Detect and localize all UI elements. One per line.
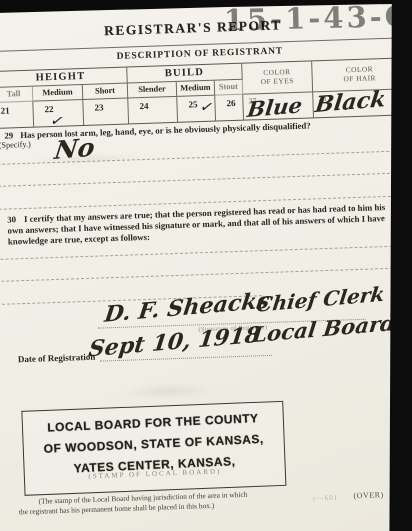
box-24-slender: 24 xyxy=(128,97,178,124)
box-27-eyes-value: 27 Blue xyxy=(243,92,314,119)
date-of-registration-label: Date of Registration xyxy=(18,352,96,365)
build-medium-checkmark: ✓ xyxy=(198,97,216,116)
certification-paragraph: 30I certify that my answers are true; th… xyxy=(7,202,400,249)
box-24-number: 24 xyxy=(139,101,148,111)
box-23-short: 23 xyxy=(83,98,129,124)
subheader-short: Short xyxy=(83,84,128,100)
registrar-report-card: REGISTRAR'S REPORT 15-1-43-C DESCRIPTION… xyxy=(0,0,412,531)
hair-color-handwriting: Black xyxy=(314,86,388,118)
box-26-stout: 26 xyxy=(215,95,244,121)
specify-label: (Specify.) xyxy=(0,140,31,150)
ruled-line xyxy=(1,245,412,260)
box-25-number: 25 xyxy=(188,99,197,109)
document-content: REGISTRAR'S REPORT 15-1-43-C DESCRIPTION… xyxy=(0,0,412,531)
height-medium-checkmark: ✓ xyxy=(48,111,66,130)
over-label: (OVER) xyxy=(353,490,383,500)
form-code: c—601 xyxy=(313,494,339,503)
box-21-number: 21 xyxy=(0,105,9,115)
box-25-medium: 25✓ xyxy=(177,96,216,122)
box-21-tall: 21 xyxy=(0,102,34,128)
certification-text: I certify that my answers are true; that… xyxy=(7,202,385,247)
question-29-number: 29 xyxy=(4,130,13,140)
subheader-stout: Stout xyxy=(215,80,243,96)
question-29-answer-handwriting: No xyxy=(53,133,97,165)
subheader-tall: Tall xyxy=(0,87,33,103)
local-board-handwriting: Local Board xyxy=(251,310,397,347)
registrar-title-handwriting: Chief Clerk xyxy=(255,282,386,317)
ruled-line xyxy=(0,172,410,187)
box-26-number: 26 xyxy=(226,98,235,108)
color-of-eyes-header-line2: OF EYES xyxy=(243,75,312,86)
certification-number: 30 xyxy=(7,214,16,224)
color-of-eyes-header: COLOR OF EYES xyxy=(242,61,313,94)
box-23-number: 23 xyxy=(94,102,103,112)
box-22-medium: 22✓ xyxy=(33,100,84,127)
eyes-color-handwriting: Blue xyxy=(246,92,304,122)
ruled-line xyxy=(1,267,412,282)
description-table: HEIGHT BUILD COLOR OF EYES COLOR OF HAIR… xyxy=(0,57,408,129)
subheader-slender: Slender xyxy=(128,82,177,99)
subheader-medium-height: Medium xyxy=(33,85,83,102)
paper-smudge xyxy=(125,382,215,401)
subheader-medium-build: Medium xyxy=(177,81,215,97)
scan-artifact-right xyxy=(388,0,412,531)
local-board-stamp-box: LOCAL BOARD FOR THE COUNTY OF WOODSON, S… xyxy=(21,401,286,496)
